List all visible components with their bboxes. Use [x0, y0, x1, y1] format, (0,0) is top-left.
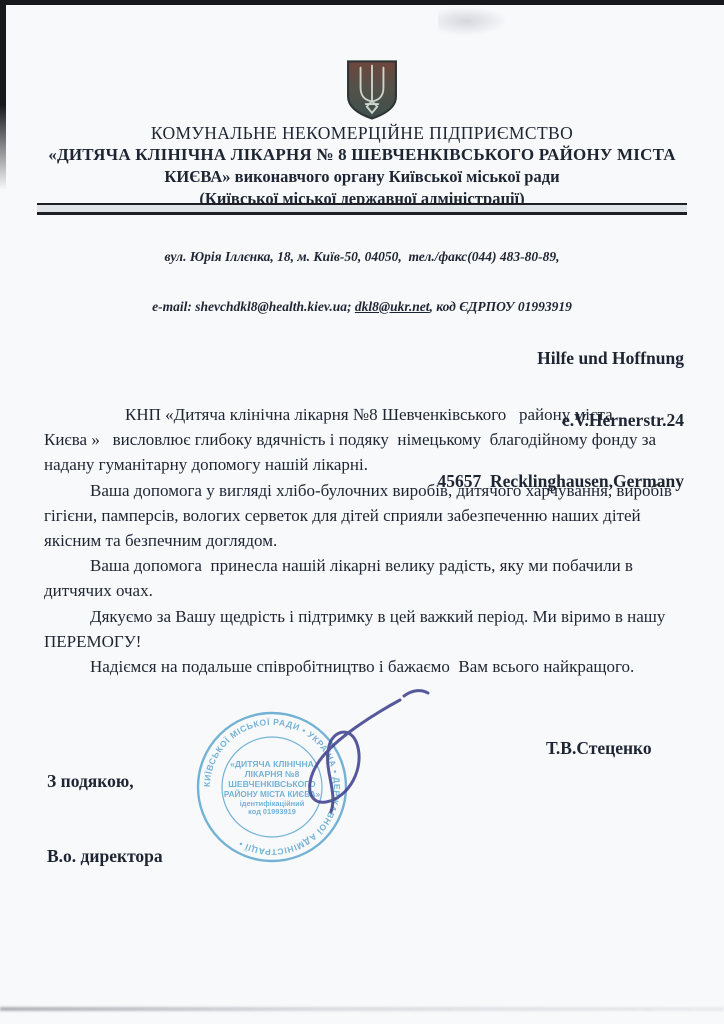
handwritten-signature	[272, 686, 432, 826]
scan-edge-bottom	[0, 1007, 724, 1011]
org-name-line-2: КИЄВА» виконавчого органу Київської місь…	[0, 166, 724, 188]
paragraph: Ваша допомога у вигляді хлібо-булочних в…	[44, 478, 704, 554]
contact-address-line: вул. Юрія Іллєнка, 18, м. Київ-50, 04050…	[0, 249, 724, 266]
scan-smudge	[438, 6, 508, 36]
closing-title: В.о. директора	[47, 844, 163, 869]
paragraph: Дякуємо за Вашу щедрість і підтримку в ц…	[44, 604, 704, 654]
org-type: КОМУНАЛЬНЕ НЕКОМЕРЦІЙНЕ ПІДПРИЄМСТВО	[0, 122, 724, 144]
header-divider-rule	[37, 203, 687, 215]
org-name-line-1: «ДИТЯЧА КЛІНІЧНА ЛІКАРНЯ № 8 ШЕВЧЕНКІВСЬ…	[0, 144, 724, 166]
closing-block: З подякою, В.о. директора	[47, 719, 163, 919]
email-link: dkl8@ukr.net	[355, 299, 430, 314]
paragraph: Ваша допомога принесла нашій лікарні вел…	[44, 553, 704, 603]
contact-email-pre: e-mail: shevchdkl8@health.kiev.ua;	[152, 299, 355, 314]
scan-edge-top	[0, 0, 724, 5]
scanned-letter-page: КОМУНАЛЬНЕ НЕКОМЕРЦІЙНЕ ПІДПРИЄМСТВО «ДИ…	[0, 0, 724, 1024]
closing-thanks: З подякою,	[47, 769, 163, 794]
ukraine-trident-emblem-icon	[346, 59, 398, 122]
recipient-name: Hilfe und Hoffnung	[438, 348, 684, 369]
paragraph: КНП «Дитяча клінічна лікарня №8 Шевченкі…	[44, 402, 704, 478]
paragraph: Надіємся на подальше співробітництво і б…	[44, 654, 704, 679]
letter-body: КНП «Дитяча клінічна лікарня №8 Шевченкі…	[44, 402, 704, 679]
letterhead: КОМУНАЛЬНЕ НЕКОМЕРЦІЙНЕ ПІДПРИЄМСТВО «ДИ…	[0, 122, 724, 210]
signer-name: Т.В.Стеценко	[546, 738, 652, 759]
